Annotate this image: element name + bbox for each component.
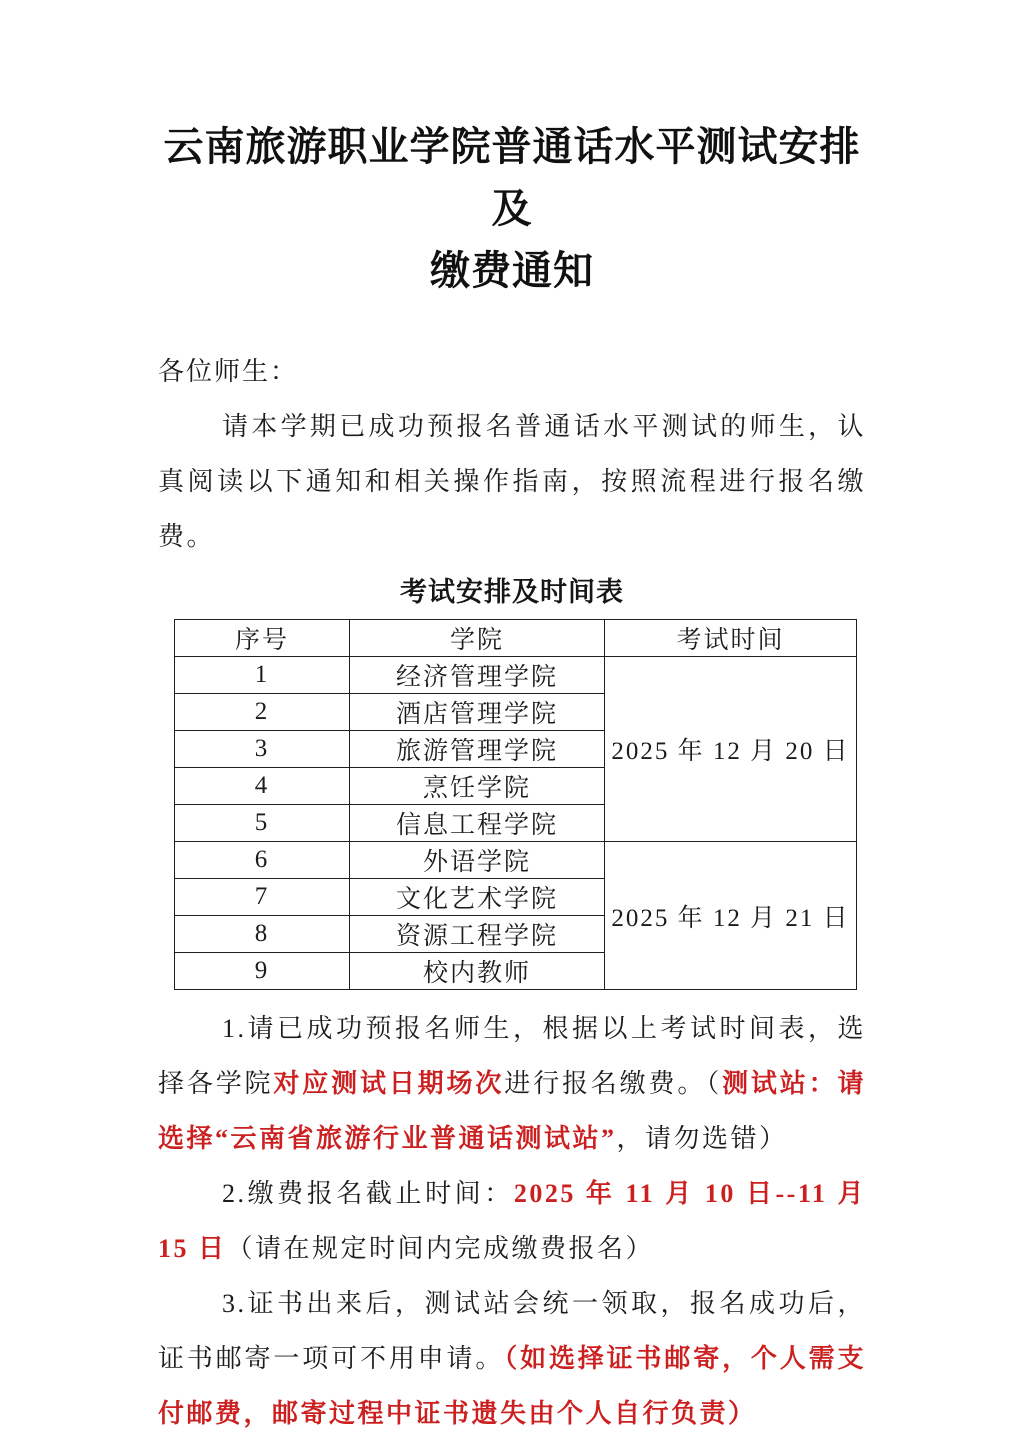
cell-college: 外语学院 (350, 842, 605, 879)
header-cell-college: 学院 (350, 620, 605, 657)
header-cell-time: 考试时间 (605, 620, 857, 657)
cell-no: 8 (175, 916, 350, 953)
cell-college: 经济管理学院 (350, 657, 605, 694)
note-3: 3.证书出来后，测试站会统一领取，报名成功后，证书邮寄一项可不用申请。（如选择证… (158, 1276, 866, 1441)
document-page: 云南旅游职业学院普通话水平测试安排及 缴费通知 各位师生： 请本学期已成功预报名… (0, 0, 1024, 1447)
cell-college: 烹饪学院 (350, 768, 605, 805)
cell-college: 文化艺术学院 (350, 879, 605, 916)
table-header-row: 序号 学院 考试时间 (175, 620, 857, 657)
title-line-2: 缴费通知 (430, 248, 594, 293)
note-1-text: 进行报名缴费。（ (504, 1069, 722, 1098)
cell-no: 6 (175, 842, 350, 879)
cell-no: 1 (175, 657, 350, 694)
document-title: 云南旅游职业学院普通话水平测试安排及 缴费通知 (158, 116, 866, 302)
header-cell-no: 序号 (175, 620, 350, 657)
date-cell-dec21: 2025 年 12 月 21 日 (605, 842, 857, 990)
cell-college: 旅游管理学院 (350, 731, 605, 768)
intro-paragraph: 请本学期已成功预报名普通话水平测试的师生，认真阅读以下通知和相关操作指南，按照流… (158, 399, 866, 564)
notes-section: 1.请已成功预报名师生，根据以上考试时间表，选择各学院对应测试日期场次进行报名缴… (158, 1001, 866, 1441)
title-line-1: 云南旅游职业学院普通话水平测试安排及 (164, 124, 861, 231)
cell-no: 9 (175, 953, 350, 990)
cell-no: 7 (175, 879, 350, 916)
cell-college: 资源工程学院 (350, 916, 605, 953)
cell-no: 3 (175, 731, 350, 768)
cell-no: 4 (175, 768, 350, 805)
table-row: 1 经济管理学院 2025 年 12 月 20 日 (175, 657, 857, 694)
table-row: 6 外语学院 2025 年 12 月 21 日 (175, 842, 857, 879)
note-1-text: ，请勿选错） (617, 1124, 788, 1153)
cell-no: 5 (175, 805, 350, 842)
note-1: 1.请已成功预报名师生，根据以上考试时间表，选择各学院对应测试日期场次进行报名缴… (158, 1001, 866, 1166)
table-caption: 考试安排及时间表 (158, 570, 866, 609)
note-1-highlight-dates: 对应测试日期场次 (273, 1069, 504, 1098)
cell-college: 酒店管理学院 (350, 694, 605, 731)
cell-college: 信息工程学院 (350, 805, 605, 842)
note-2-text: 2.缴费报名截止时间： (222, 1179, 514, 1208)
note-2: 2.缴费报名截止时间：2025 年 11 月 10 日--11 月 15 日（请… (158, 1166, 866, 1276)
cell-no: 2 (175, 694, 350, 731)
salutation: 各位师生： (158, 344, 866, 399)
date-cell-dec20: 2025 年 12 月 20 日 (605, 657, 857, 842)
cell-college: 校内教师 (350, 953, 605, 990)
note-2-text: （请在规定时间内完成缴费报名） (227, 1234, 655, 1263)
exam-schedule-table: 序号 学院 考试时间 1 经济管理学院 2025 年 12 月 20 日 2 酒… (174, 619, 857, 990)
